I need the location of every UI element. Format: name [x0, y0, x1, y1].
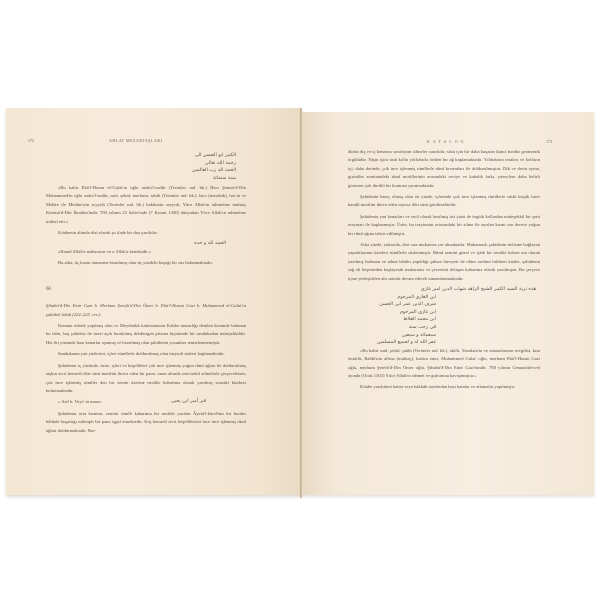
arabic-line: الحمد لله رب العالمين — [136, 167, 236, 175]
arabic-line: ابن غازى المرحوم — [348, 309, 536, 317]
arabic-line: هذه تربة السيد الكبير الشيخ الزاهد شهاب … — [348, 286, 536, 294]
paragraph: Kitabe yazılırken hattat veya hakkâk tar… — [348, 383, 540, 391]
paragraph: Sandukanın yan yüzlerini, içleri rümîler… — [46, 350, 246, 358]
page-number-left: 172 — [28, 138, 34, 143]
paragraph: Şahidenin hareç olmuş olan ön yüzde, içl… — [348, 193, 540, 210]
quote-label: « Arif b. Veys' in mazrı: — [46, 398, 102, 406]
open-book: 172 AHLAT MEZARTAŞLARI الكبير ابو الحسن … — [0, 0, 600, 600]
arabic-line: رحمة الله تعالى — [136, 160, 236, 168]
paragraph: «Bu kabir said, şehid, şahib (Terimler ı… — [348, 347, 540, 381]
arabic-line: غفر الله له و لجميع المسلمين — [348, 339, 536, 347]
arabic-line: ابن محمد الغلاط — [348, 316, 536, 324]
book-spine — [300, 108, 302, 498]
running-head-right: KATALOG — [427, 139, 467, 144]
arabic-inscription-top: الكبير ابو الحسن الى رحمة الله تعالى الح… — [136, 152, 236, 182]
paragraph: Şahidenin orta kısmını, zemini rümîli ka… — [46, 410, 246, 435]
arabic-line: الكبير ابو الحسن الى — [136, 152, 236, 160]
arabic-line: في رجب سنة — [348, 324, 536, 332]
arabic-line: سنة ستمائة — [136, 175, 236, 183]
right-page-body: dürün dış ve iç kenarını sınırlayan silm… — [348, 148, 540, 395]
catalog-entry-title: Şihabü'd-Din Emir Gazi b. Merhum Şerefü'… — [46, 302, 246, 319]
page-number-right: 173 — [546, 139, 552, 144]
left-page-body: «Bu kabir Ebü'l-Hasan el-Gulat'ın oğlu s… — [46, 184, 246, 438]
right-page: KATALOG 173 dürün dış ve iç kenarını sın… — [302, 112, 594, 495]
arabic-line: شرف الدين عمر ابى الحسن — [348, 301, 536, 309]
paragraph: Kemanı tüfenk yapılmış olan ve Meydanlık… — [46, 322, 246, 347]
quote-arabic: قبر أمير ابن يحيى — [171, 398, 246, 406]
paragraph: Kitabenin altında dizi olarak şu ifade b… — [46, 229, 246, 237]
catalog-entry-number: 68 — [46, 286, 246, 294]
arabic-inscription-block: هذه تربة السيد الكبير الشيخ الزاهد شهاب … — [348, 286, 540, 347]
running-head-left: AHLAT MEZARTAŞLARI — [109, 138, 162, 143]
paragraph: Şahidenin yan kenarları ve sivil olarak … — [348, 213, 540, 238]
left-page: 172 AHLAT MEZARTAŞLARI الكبير ابو الحسن … — [6, 108, 302, 495]
paragraph: Şahidenin iç yüzünde, üstte, içleri ve k… — [46, 362, 246, 396]
arabic-line: سبعمائة و سبعين — [348, 332, 536, 340]
paragraph: Bu altta, üç kısmı tamamen bozulmuş olan… — [46, 259, 246, 267]
quote: «Hamd Allah'a mahsustur ve o Allah'a ken… — [46, 248, 246, 256]
quote-row: « Arif b. Veys' in mazrı: قبر أمير ابن ي… — [46, 398, 246, 406]
paragraph: «Bu kabir Ebü'l-Hasan el-Gulat'ın oğlu s… — [46, 184, 246, 226]
paragraph: dürün dış ve iç kenarını sınırlayan silm… — [348, 148, 540, 190]
arabic-line: ابن الغازى المرحوم — [348, 294, 536, 302]
paragraph: Arka yüzde, yukarıda, dört sıra mukarnas… — [348, 241, 540, 283]
arabic-prayer: الحمد لله و حده — [46, 240, 246, 248]
